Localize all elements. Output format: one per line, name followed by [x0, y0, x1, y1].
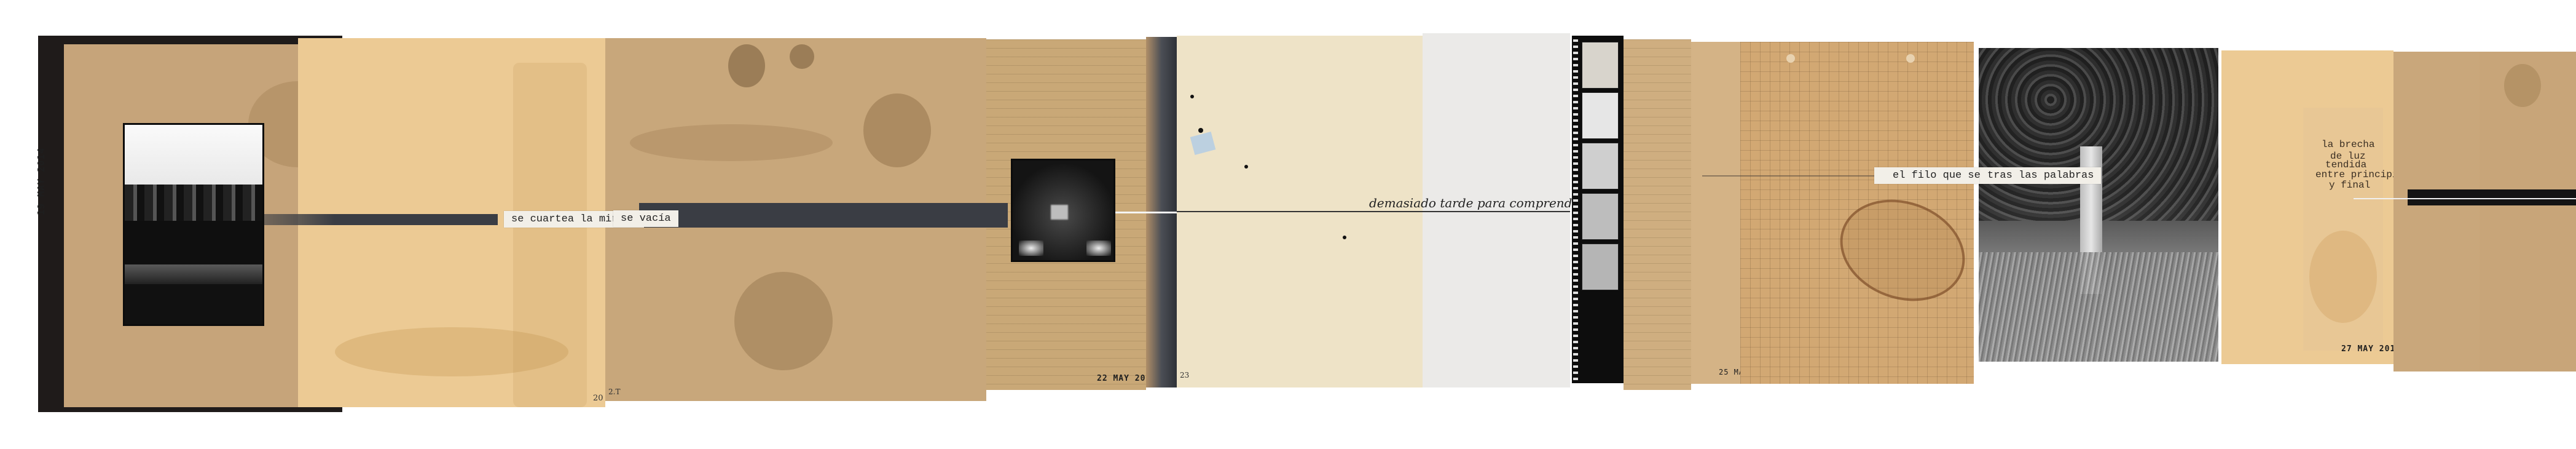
white-thread-line	[1115, 212, 1177, 213]
white-thread-line-2	[2354, 198, 2576, 199]
handwritten-baseline	[1177, 211, 1570, 212]
coffee-ring-stain	[1826, 183, 1979, 318]
date-stamp-4: 27 MAY 2014	[2341, 344, 2401, 354]
ink-stroke-mid	[639, 203, 1008, 228]
poem-line-4: entre principio	[2315, 169, 2404, 180]
handwritten-text: demasiado tarde para comprender	[1369, 196, 1585, 210]
film-frame-1	[1582, 42, 1619, 89]
wooden-post-photo	[1979, 48, 2218, 362]
page-mark-3: 23	[1180, 371, 1189, 379]
kraft-page-9b	[2480, 52, 2576, 372]
film-frame-5	[1582, 244, 1619, 290]
page-mark-1: 20	[593, 394, 603, 403]
ink-stroke-right	[2408, 189, 2576, 205]
poem-line-5: y final	[2329, 180, 2370, 191]
film-frame-4	[1582, 193, 1619, 240]
text-strip-2: se vacía	[613, 210, 678, 227]
film-frame-3	[1582, 143, 1619, 189]
poem-line-1: la brecha	[2322, 139, 2374, 150]
glow-rectangle	[1051, 205, 1068, 220]
film-strip	[1572, 36, 1624, 383]
dark-light-photo	[1011, 159, 1115, 262]
film-frame-2	[1582, 92, 1619, 139]
graph-paper-page	[1740, 42, 1974, 384]
kraft-strip-7a	[1624, 39, 1691, 390]
page-mark-2: 2.T	[608, 387, 620, 396]
date-stamp-1: 19 MAY 2014	[36, 148, 47, 215]
text-strip-4: tras las palabras	[1980, 167, 2101, 184]
ink-stroke-left	[264, 214, 498, 225]
kraft-page-9a	[2393, 52, 2480, 372]
kraft-strip-7b	[1691, 42, 1740, 384]
forest-treeline-photo	[123, 123, 264, 326]
white-page-6	[1423, 33, 1570, 387]
